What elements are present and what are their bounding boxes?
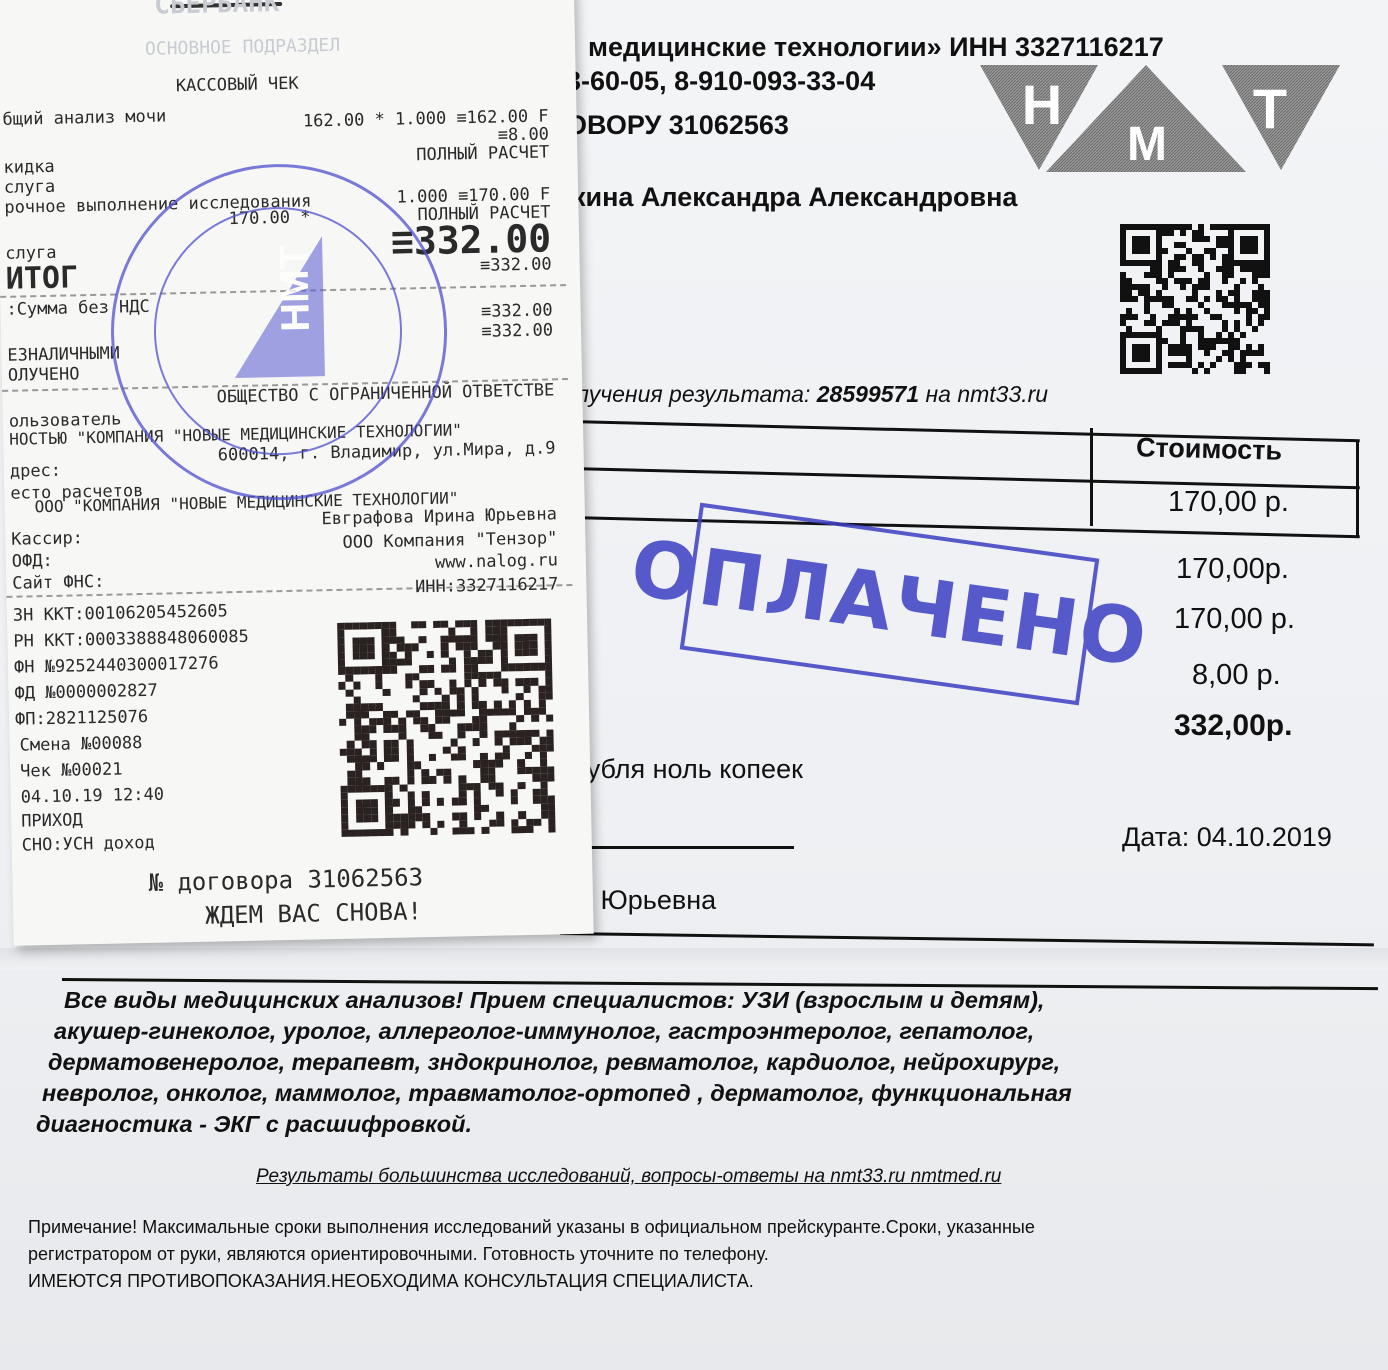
ads-line: Все виды медицинских анализов! Прием спе… [40,985,1330,1016]
item1-mode: ПОЛНЫЙ РАСЧЕТ [416,142,549,165]
receipt-contract-number: № договора 31062563 [148,863,423,897]
ads-line: акушер-гинеколог, уролог, аллерголог-имм… [40,1016,1330,1047]
subtotal-1: 170,00р. [1176,553,1289,586]
signature-line [574,846,794,849]
received-value: ≡332.00 [481,320,553,341]
fns-value: www.nalog.ru [435,550,558,573]
services-advert: Все виды медицинских анализов! Прием спе… [40,985,1330,1140]
nmt-logo: Н М Т [980,62,1340,180]
results-link[interactable]: Результаты большинства исследований, воп… [256,1166,1001,1188]
fiscal-line: ФН №9252440300017276 [14,653,219,677]
item1-name: бщий анализ мочи [2,106,166,129]
result-code: 28599571 [817,381,919,407]
paid-stamp: ОПЛАЧЕНО [680,503,1100,706]
note-block: Примечание! Максимальные сроки выполнени… [28,1214,1035,1295]
invoice-contract: ОВОРУ 31062563 [566,110,789,141]
fiscal-line: Чек №00021 [20,759,123,781]
svg-text:НМТ: НМТ [272,245,318,333]
receipt-qr-code [337,618,562,845]
logo-letter-n: Н [1022,73,1062,136]
cost-column-header: Стоимость [1136,432,1283,467]
fiscal-line: ФД №0000002827 [14,681,158,704]
services-table: Стоимость 170,00 р. [570,420,1362,518]
amount-in-words: рубля ноль копеек [572,754,803,785]
result-code-line: лучения результата: 28599571 на nmt33.ru [576,381,1048,408]
fiscal-line: ЗН ККТ:00106205452605 [13,601,228,625]
fiscal-line: 04.10.19 12:40 [21,785,165,808]
invoice-qr-code [1114,220,1276,370]
cashless-label: ЕЗНАЛИЧНЫМИ [7,343,120,365]
service-cost: 170,00 р. [1168,486,1289,519]
cashless-value: ≡332.00 [481,300,553,321]
total-label: ИТОГ [5,260,78,297]
ofd-label: ОФД: [12,551,53,572]
faint-bank-name: СБЕРБАНК [154,0,280,21]
cash-receipt: СБЕРБАНК ОСНОВНОЕ ПОДРАЗДЕЛ КАССОВЫЙ ЧЕК… [0,0,594,946]
fiscal-line: СНО:УСН доход [22,833,155,856]
logo-letter-t: Т [1253,77,1287,140]
invoice-header-phone: 3-60-05, 8-910-093-33-04 [566,66,875,97]
fns-label: Сайт ФНС: [12,572,105,594]
service-label: слуга [4,177,56,198]
fiscal-line: РН ККТ:0003388848060085 [13,627,249,652]
patient-name: кина Александра Александровна [572,182,1017,213]
subtotal-2: 170,00 р. [1174,603,1295,636]
receipt-total-small: ≡332.00 [480,254,552,275]
fiscal-line: ПРИХОД [21,810,83,831]
cashier-value: Евграфова Ирина Юрьевна [321,504,557,529]
note-line: ИМЕЮТСЯ ПРОТИВОПОКАЗАНИЯ.НЕОБХОДИМА КОНС… [28,1268,1035,1295]
discount-amount: 8,00 р. [1192,659,1281,692]
invoice-header-org: медицинские технологии» ИНН 3327116217 [588,32,1164,63]
discount-label: кидка [3,157,55,178]
receipt-title: КАССОВЫЙ ЧЕК [176,74,299,97]
invoice-date: Дата: 04.10.2019 [1122,822,1332,853]
receipt-inn: ИНН:3327116217 [415,574,559,597]
received-label: ОЛУЧЕНО [8,364,80,385]
paper-fold [0,948,1388,970]
faint-branch: ОСНОВНОЕ ПОДРАЗДЕЛ [145,35,340,60]
cashier-label: Кассир: [11,528,83,549]
divider [560,932,1374,946]
logo-letter-m: М [1127,118,1167,171]
note-line: регистратором от руки, являются ориентир… [28,1241,1035,1268]
ofd-value: ООО Компания "Тензор" [342,528,557,552]
ads-line: диагностика - ЭКГ с расшифровкой. [36,1109,1330,1140]
ads-line: невролог, онколог, маммолог, травматолог… [40,1078,1330,1109]
seal-logo-icon: НМТ [222,236,335,388]
address-label: дрес: [10,461,62,482]
ads-line: дерматовенеролог, терапевт, зндокринолог… [40,1047,1330,1078]
cashier-name: а Юрьевна [578,885,716,916]
fiscal-line: ФП:2821125076 [15,707,148,730]
receipt-farewell: ЖДЕМ ВАС СНОВА! [205,897,422,930]
note-line: Примечание! Максимальные сроки выполнени… [28,1214,1035,1241]
total-amount: 332,00р. [1174,709,1292,743]
fiscal-line: Смена №00088 [19,733,142,756]
